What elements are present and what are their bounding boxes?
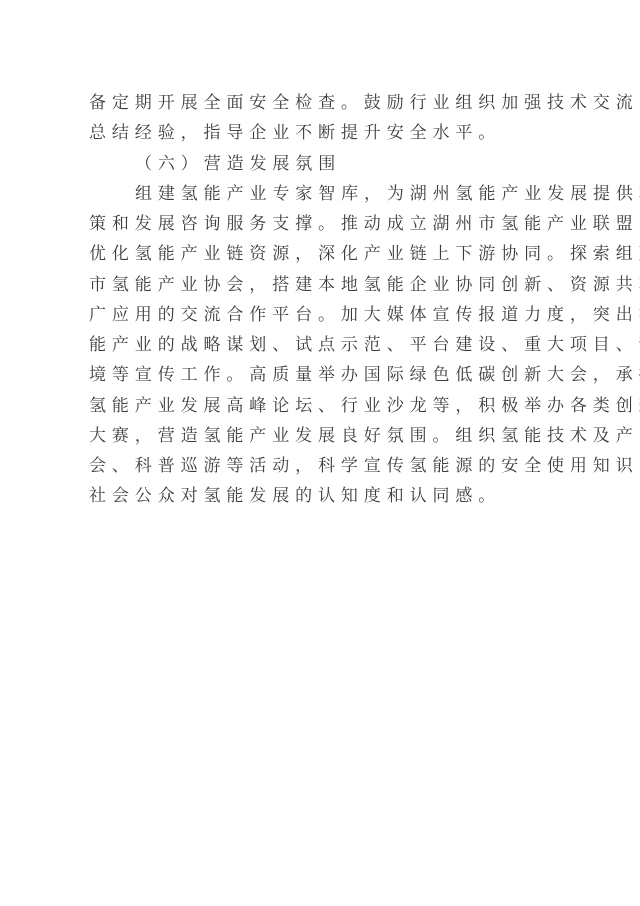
paragraph-line: 氢能产业发展高峰论坛、行业沙龙等，积极举办各类创新创业 xyxy=(89,391,559,421)
paragraph-line: 境等宣传工作。高质量举办国际绿色低碳创新大会，承接举办 xyxy=(89,360,559,390)
paragraph-line: 大赛，营造氢能产业发展良好氛围。组织氢能技术及产品展览 xyxy=(89,421,559,451)
document-page: 备定期开展全面安全检查。鼓励行业组织加强技术交流，梳理 总结经验，指导企业不断提… xyxy=(0,0,640,906)
paragraph-line: 广应用的交流合作平台。加大媒体宣传报道力度，突出湖州氢 xyxy=(89,300,559,330)
section-heading: （六）营造发展氛围 xyxy=(89,149,559,179)
paragraph-line: 会、科普巡游等活动，科学宣传氢能源的安全使用知识，提高 xyxy=(89,451,559,481)
paragraph-line: 优化氢能产业链资源，深化产业链上下游协同。探索组建湖州 xyxy=(89,239,559,269)
paragraph-line: 备定期开展全面安全检查。鼓励行业组织加强技术交流，梳理 xyxy=(89,88,559,118)
paragraph-line: 社会公众对氢能发展的认知度和认同感。 xyxy=(89,481,559,511)
paragraph-line: 市氢能产业协会，搭建本地氢能企业协同创新、资源共享、推 xyxy=(89,270,559,300)
paragraph-line: 总结经验，指导企业不断提升安全水平。 xyxy=(89,118,559,148)
paragraph-line: 能产业的战略谋划、试点示范、平台建设、重大项目、营商环 xyxy=(89,330,559,360)
paragraph-line: 组建氢能产业专家智库，为湖州氢能产业发展提供科学决 xyxy=(89,179,559,209)
document-body: 备定期开展全面安全检查。鼓励行业组织加强技术交流，梳理 总结经验，指导企业不断提… xyxy=(89,88,559,512)
paragraph-line: 策和发展咨询服务支撑。推动成立湖州市氢能产业联盟，整合 xyxy=(89,209,559,239)
